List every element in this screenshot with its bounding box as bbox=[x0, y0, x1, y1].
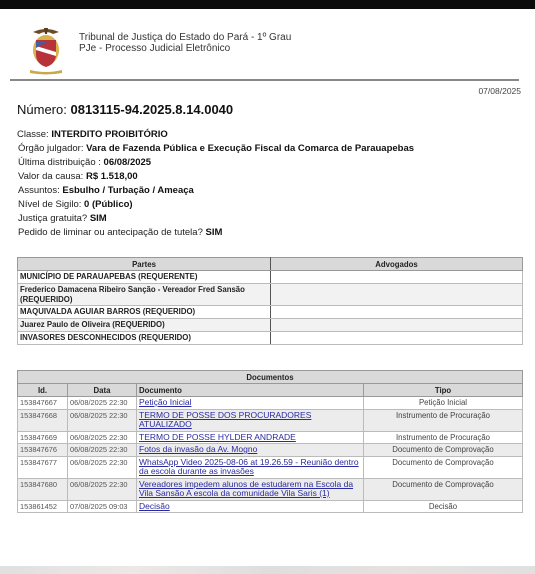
top-black-bar bbox=[0, 0, 535, 9]
parte-cell: MAQUIVALDA AGUIAR BARROS (REQUERIDO) bbox=[18, 306, 271, 319]
partes-header-row: Partes Advogados bbox=[18, 258, 523, 271]
court-name: Tribunal de Justiça do Estado do Pará - … bbox=[79, 32, 291, 54]
col-header-tipo: Tipo bbox=[364, 384, 523, 397]
table-row: 153847676 06/08/2025 22:30 Fotos da inva… bbox=[18, 444, 523, 457]
table-row: 153847668 06/08/2025 22:30 TERMO DE POSS… bbox=[18, 409, 523, 431]
document-link[interactable]: Vereadores impedem alunos de estudarem n… bbox=[139, 479, 353, 499]
table-row: 153847680 06/08/2025 22:30 Vereadores im… bbox=[18, 478, 523, 500]
partes-table: Partes Advogados MUNICÍPIO DE PARAUAPEBA… bbox=[17, 257, 523, 345]
info-value: Vara de Fazenda Pública e Execução Fisca… bbox=[86, 143, 414, 154]
info-label: Valor da causa: bbox=[18, 171, 83, 182]
doc-date: 06/08/2025 22:30 bbox=[68, 431, 137, 444]
info-value: 06/08/2025 bbox=[104, 157, 152, 168]
process-number: Número: 0813115-94.2025.8.14.0040 bbox=[17, 102, 233, 117]
document-link[interactable]: Petição Inicial bbox=[139, 397, 191, 407]
bottom-edge bbox=[0, 566, 535, 574]
doc-cell: TERMO DE POSSE DOS PROCURADORES ATUALIZA… bbox=[137, 409, 364, 431]
info-label: Órgão julgador: bbox=[18, 143, 83, 154]
info-orgao-julgador: Órgão julgador: Vara de Fazenda Pública … bbox=[17, 142, 414, 156]
doc-type: Documento de Comprovação bbox=[364, 478, 523, 500]
process-number-value: 0813115-94.2025.8.14.0040 bbox=[70, 102, 233, 117]
doc-date: 06/08/2025 22:30 bbox=[68, 397, 137, 410]
doc-date: 07/08/2025 09:03 bbox=[68, 500, 137, 513]
doc-type: Documento de Comprovação bbox=[364, 444, 523, 457]
documentos-title-row: Documentos bbox=[18, 371, 523, 384]
doc-cell: WhatsApp Video 2025-08-06 at 19.26.59 - … bbox=[137, 456, 364, 478]
table-row: MAQUIVALDA AGUIAR BARROS (REQUERIDO) bbox=[18, 306, 523, 319]
doc-id: 153847676 bbox=[18, 444, 68, 457]
court-line-1: Tribunal de Justiça do Estado do Pará - … bbox=[79, 32, 291, 43]
doc-cell: Petição Inicial bbox=[137, 397, 364, 410]
info-label: Última distribuição : bbox=[18, 157, 101, 168]
table-row: 153847677 06/08/2025 22:30 WhatsApp Vide… bbox=[18, 456, 523, 478]
court-line-2: PJe - Processo Judicial Eletrônico bbox=[79, 43, 291, 54]
doc-date: 06/08/2025 22:30 bbox=[68, 478, 137, 500]
parte-cell: MUNICÍPIO DE PARAUAPEBAS (REQUERENTE) bbox=[18, 271, 271, 284]
doc-type: Instrumento de Procuração bbox=[364, 431, 523, 444]
info-value: SIM bbox=[206, 227, 223, 238]
documentos-title: Documentos bbox=[18, 371, 523, 384]
document-link[interactable]: TERMO DE POSSE HYLDER ANDRADE bbox=[139, 432, 296, 442]
doc-date: 06/08/2025 22:30 bbox=[68, 409, 137, 431]
table-row: MUNICÍPIO DE PARAUAPEBAS (REQUERENTE) bbox=[18, 271, 523, 284]
doc-date: 06/08/2025 22:30 bbox=[68, 456, 137, 478]
info-value: R$ 1.518,00 bbox=[86, 171, 138, 182]
documentos-header-row: Id. Data Documento Tipo bbox=[18, 384, 523, 397]
info-value: 0 (Público) bbox=[84, 199, 133, 210]
info-justica-gratuita: Justiça gratuita? SIM bbox=[17, 212, 414, 226]
info-nivel-sigilo: Nível de Sigilo: 0 (Público) bbox=[17, 198, 414, 212]
doc-id: 153847667 bbox=[18, 397, 68, 410]
print-date: 07/08/2025 bbox=[478, 86, 521, 96]
doc-cell: Vereadores impedem alunos de estudarem n… bbox=[137, 478, 364, 500]
document-link[interactable]: Fotos da invasão da Av. Mogno bbox=[139, 444, 257, 454]
doc-id: 153861452 bbox=[18, 500, 68, 513]
info-label: Justiça gratuita? bbox=[18, 213, 87, 224]
col-header-documento: Documento bbox=[137, 384, 364, 397]
process-info: Classe: INTERDITO PROIBITÓRIO Órgão julg… bbox=[17, 128, 414, 240]
info-label: Pedido de liminar ou antecipação de tute… bbox=[18, 227, 203, 238]
document-link[interactable]: TERMO DE POSSE DOS PROCURADORES ATUALIZA… bbox=[139, 410, 311, 430]
doc-type: Instrumento de Procuração bbox=[364, 409, 523, 431]
col-header-data: Data bbox=[68, 384, 137, 397]
advogados-cell bbox=[271, 271, 523, 284]
table-row: 153847669 06/08/2025 22:30 TERMO DE POSS… bbox=[18, 431, 523, 444]
info-pedido-liminar: Pedido de liminar ou antecipação de tute… bbox=[17, 226, 414, 240]
info-value: Esbulho / Turbação / Ameaça bbox=[62, 185, 193, 196]
doc-date: 06/08/2025 22:30 bbox=[68, 444, 137, 457]
parte-cell: INVASORES DESCONHECIDOS (REQUERIDO) bbox=[18, 332, 271, 345]
doc-cell: Fotos da invasão da Av. Mogno bbox=[137, 444, 364, 457]
doc-id: 153847677 bbox=[18, 456, 68, 478]
col-header-partes: Partes bbox=[18, 258, 271, 271]
info-label: Nível de Sigilo: bbox=[18, 199, 81, 210]
doc-type: Documento de Comprovação bbox=[364, 456, 523, 478]
doc-id: 153847668 bbox=[18, 409, 68, 431]
advogados-cell bbox=[271, 332, 523, 345]
doc-id: 153847680 bbox=[18, 478, 68, 500]
advogados-cell bbox=[271, 306, 523, 319]
info-label: Assuntos: bbox=[18, 185, 60, 196]
info-value: INTERDITO PROIBITÓRIO bbox=[51, 129, 167, 140]
col-header-id: Id. bbox=[18, 384, 68, 397]
doc-cell: Decisão bbox=[137, 500, 364, 513]
document-link[interactable]: Decisão bbox=[139, 501, 170, 511]
info-ultima-distribuicao: Última distribuição : 06/08/2025 bbox=[17, 156, 414, 170]
col-header-advogados: Advogados bbox=[271, 258, 523, 271]
info-assuntos: Assuntos: Esbulho / Turbação / Ameaça bbox=[17, 184, 414, 198]
table-row: Frederico Damacena Ribeiro Sanção - Vere… bbox=[18, 284, 523, 306]
document-header: Tribunal de Justiça do Estado do Pará - … bbox=[25, 24, 525, 80]
table-row: 153847667 06/08/2025 22:30 Petição Inici… bbox=[18, 397, 523, 410]
info-classe: Classe: INTERDITO PROIBITÓRIO bbox=[17, 128, 414, 142]
info-label: Classe: bbox=[17, 129, 49, 140]
coat-of-arms-icon bbox=[25, 24, 67, 78]
doc-type: Decisão bbox=[364, 500, 523, 513]
header-divider bbox=[10, 79, 519, 81]
doc-type: Petição Inicial bbox=[364, 397, 523, 410]
parte-cell: Juarez Paulo de Oliveira (REQUERIDO) bbox=[18, 319, 271, 332]
parte-cell: Frederico Damacena Ribeiro Sanção - Vere… bbox=[18, 284, 271, 306]
table-row: 153861452 07/08/2025 09:03 Decisão Decis… bbox=[18, 500, 523, 513]
table-row: INVASORES DESCONHECIDOS (REQUERIDO) bbox=[18, 332, 523, 345]
advogados-cell bbox=[271, 284, 523, 306]
documentos-table: Documentos Id. Data Documento Tipo 15384… bbox=[17, 370, 523, 513]
doc-cell: TERMO DE POSSE HYLDER ANDRADE bbox=[137, 431, 364, 444]
info-value: SIM bbox=[90, 213, 107, 224]
table-row: Juarez Paulo de Oliveira (REQUERIDO) bbox=[18, 319, 523, 332]
advogados-cell bbox=[271, 319, 523, 332]
document-link[interactable]: WhatsApp Video 2025-08-06 at 19.26.59 - … bbox=[139, 457, 359, 477]
process-number-label: Número: bbox=[17, 102, 67, 117]
info-valor-causa: Valor da causa: R$ 1.518,00 bbox=[17, 170, 414, 184]
doc-id: 153847669 bbox=[18, 431, 68, 444]
